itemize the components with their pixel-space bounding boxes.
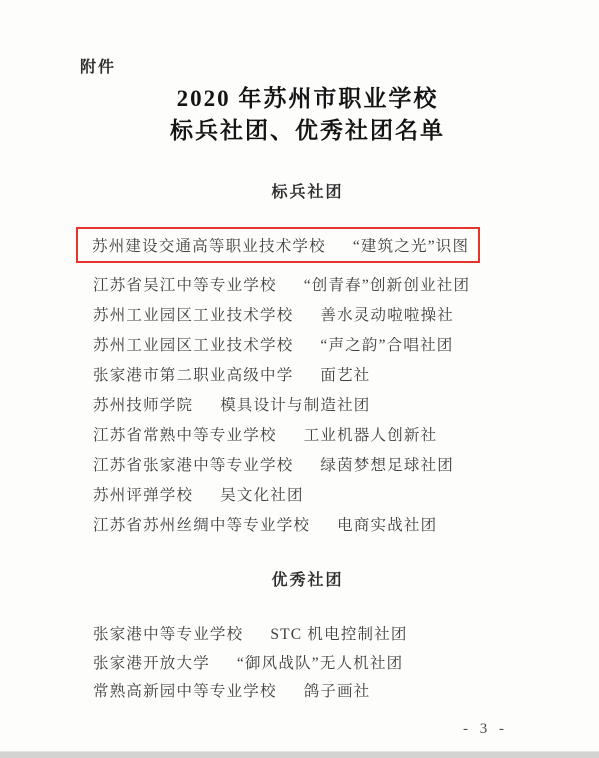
club-name: 吴文化社团 [220,483,304,505]
club-name: 面艺社 [320,363,370,385]
list-item: 苏州工业园区工业技术学校 “声之韵”合唱社团 [93,329,579,359]
list-item: 江苏省苏州丝绸中等专业学校 电商实战社团 [93,509,579,539]
model-clubs-list: 苏州建设交通高等职业技术学校 “建筑之光”识图 江苏省吴江中等专业学校 “创青春… [93,227,579,539]
list-item: 张家港开放大学 “御风战队”无人机社团 [93,648,579,677]
club-name: 模具设计与制造社团 [220,393,370,415]
club-name: 工业机器人创新社 [304,423,438,445]
school-name: 江苏省苏州丝绸中等专业学校 [93,513,310,535]
school-name: 苏州建设交通高等职业技术学校 [92,234,326,256]
section-heading-model-clubs: 标兵社团 [0,179,599,202]
list-item: 江苏省吴江中等专业学校 “创青春”创新创业社团 [93,269,579,299]
list-item: 常熟高新园中等专业学校 鸽子画社 [93,676,579,705]
document-title-line2: 标兵社团、优秀社团名单 [16,115,599,147]
excellent-clubs-list: 张家港中等专业学校 STC 机电控制社团 张家港开放大学 “御风战队”无人机社团… [93,619,579,705]
list-item: 张家港市第二职业高级中学 面艺社 [93,359,579,389]
club-name: “声之韵”合唱社团 [320,333,453,355]
club-name: 善水灵动啦啦操社 [320,303,454,325]
school-name: 苏州工业园区工业技术学校 [93,333,293,355]
club-name: “御风战队”无人机社团 [237,651,403,673]
attachment-label: 附件 [80,54,116,77]
document-title: 2020 年苏州市职业学校 标兵社团、优秀社团名单 [0,83,599,147]
school-name: 张家港中等专业学校 [93,622,243,644]
school-name: 江苏省张家港中等专业学校 [93,453,293,475]
club-name: 鸽子画社 [304,679,371,701]
club-name: “创青春”创新创业社团 [304,273,470,295]
page-number: - 3 - [463,721,508,738]
school-name: 苏州评弹学校 [93,483,193,505]
highlight-box: 苏州建设交通高等职业技术学校 “建筑之光”识图 [76,227,480,263]
school-name: 张家港市第二职业高级中学 [93,363,293,385]
list-item-highlighted: 苏州建设交通高等职业技术学校 “建筑之光”识图 [92,230,469,260]
list-item: 张家港中等专业学校 STC 机电控制社团 [93,619,579,648]
school-name: 苏州工业园区工业技术学校 [93,303,293,325]
document-title-line1: 2020 年苏州市职业学校 [16,83,599,115]
club-name: “建筑之光”识图 [353,234,469,256]
club-name: 电商实战社团 [337,513,437,535]
school-name: 常熟高新园中等专业学校 [93,679,277,701]
school-name: 江苏省常熟中等专业学校 [93,423,277,445]
list-item: 江苏省常熟中等专业学校 工业机器人创新社 [93,419,579,449]
club-name: STC 机电控制社团 [270,622,407,644]
section-heading-excellent-clubs: 优秀社团 [0,567,599,590]
list-item: 江苏省张家港中等专业学校 绿茵梦想足球社团 [93,449,579,479]
school-name: 江苏省吴江中等专业学校 [93,273,277,295]
school-name: 张家港开放大学 [93,651,210,673]
list-item: 苏州技师学院 模具设计与制造社团 [93,389,579,419]
club-name: 绿茵梦想足球社团 [320,453,454,475]
scan-edge [0,751,599,758]
list-item: 苏州工业园区工业技术学校 善水灵动啦啦操社 [93,299,579,329]
list-item: 苏州评弹学校 吴文化社团 [93,479,579,509]
document-page: 附件 2020 年苏州市职业学校 标兵社团、优秀社团名单 标兵社团 苏州建设交通… [0,0,599,758]
school-name: 苏州技师学院 [93,393,193,415]
